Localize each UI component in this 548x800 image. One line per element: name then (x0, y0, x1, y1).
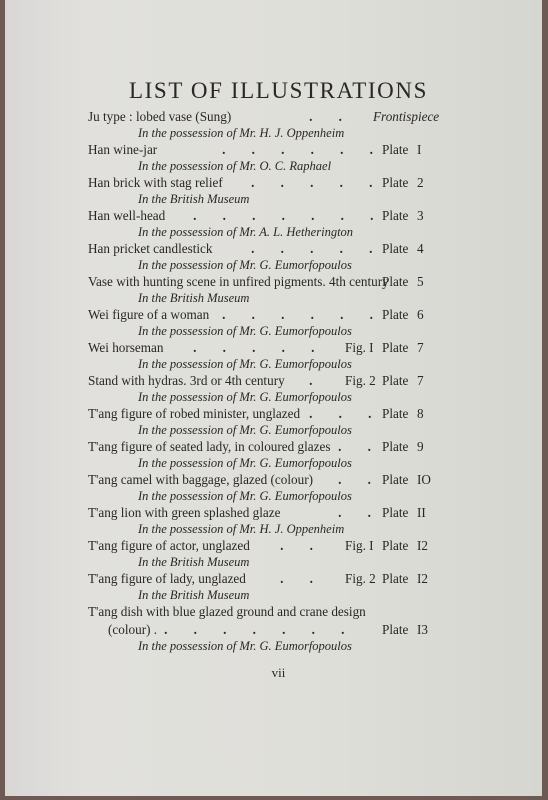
list-item: T'ang figure of lady, unglazed .. Fig. 2… (5, 570, 542, 603)
entry-line: T'ang dish with blue glazed ground and c… (5, 603, 542, 621)
leader-dot: . (210, 621, 240, 639)
list-item: Vase with hunting scene in unfired pigme… (5, 273, 542, 306)
leader-dot: . (355, 504, 385, 522)
entry-figure: Fig. 2 (345, 570, 376, 588)
entry-owner: In the possession of Mr. G. Eumorfopoulo… (5, 639, 542, 654)
entry-description: Han wine-jar (88, 141, 157, 159)
entry-plate-number: IO (417, 471, 431, 489)
entry-description: Ju type : lobed vase (Sung) (88, 108, 231, 126)
dot-leaders: ....... (151, 621, 358, 639)
leader-dot: . (297, 240, 327, 258)
page-title: LIST OF ILLUSTRATIONS (5, 78, 542, 104)
leader-dot: . (327, 174, 357, 192)
leader-dot: . (299, 621, 329, 639)
entry-owner: In the British Museum (5, 588, 542, 603)
list-item: Han brick with stag relief ..... Plate 2… (5, 174, 542, 207)
list-item: T'ang figure of seated lady, in coloured… (5, 438, 542, 471)
entry-plate-label: Plate (382, 405, 408, 423)
entry-plate-number: 7 (417, 372, 424, 390)
entry-plate-label: Plate (382, 570, 408, 588)
entry-plate-label: Plate (382, 372, 408, 390)
leader-dot: . (296, 405, 326, 423)
entry-description: T'ang figure of seated lady, in coloured… (88, 438, 330, 456)
entry-plate-number: 7 (417, 339, 424, 357)
list-item: T'ang figure of actor, unglazed .. Fig. … (5, 537, 542, 570)
entry-line: Han well-head ....... Plate 3 (5, 207, 542, 225)
dot-leaders: ..... (238, 240, 386, 258)
entry-plate-label: Plate (382, 438, 408, 456)
dot-leaders: . (296, 372, 326, 390)
entry-line: T'ang lion with green splashed glaze .. … (5, 504, 542, 522)
entry-owner: In the possession of Mr. O. C. Raphael (5, 159, 542, 174)
entry-owner: In the possession of Mr. G. Eumorfopoulo… (5, 258, 542, 273)
entry-plate-label: Plate (382, 471, 408, 489)
entry-plate-label: Plate (382, 240, 408, 258)
list-item: Han pricket candlestick ..... Plate 4 In… (5, 240, 542, 273)
entry-plate-label: Plate (382, 306, 408, 324)
list-item: Han wine-jar ...... Plate I In the posse… (5, 141, 542, 174)
entry-line: T'ang figure of actor, unglazed .. Fig. … (5, 537, 542, 555)
entry-owner: In the possession of Mr. G. Eumorfopoulo… (5, 423, 542, 438)
leader-dot: . (209, 306, 239, 324)
leader-dot: . (269, 339, 299, 357)
entry-line: Han brick with stag relief ..... Plate 2 (5, 174, 542, 192)
leader-dot: . (298, 306, 328, 324)
entry-description: T'ang dish with blue glazed ground and c… (88, 603, 366, 621)
list-item: Wei figure of a woman ...... Plate 6 In … (5, 306, 542, 339)
leader-dot: . (328, 207, 358, 225)
entry-plate-number: 6 (417, 306, 424, 324)
leader-dot: . (325, 471, 355, 489)
entry-owner: In the possession of Mr. G. Eumorfopoulo… (5, 390, 542, 405)
entry-description: Han pricket candlestick (88, 240, 213, 258)
entry-plate-number: I2 (417, 570, 428, 588)
entry-owner: In the possession of Mr. H. J. Oppenheim (5, 522, 542, 537)
entry-plate-label: Plate (382, 174, 408, 192)
entry-description: Wei figure of a woman (88, 306, 209, 324)
entry-figure: Fig. I (345, 339, 374, 357)
leader-dot: . (267, 537, 297, 555)
leader-dot: . (180, 339, 210, 357)
leader-dot: . (151, 621, 181, 639)
book-page: LIST OF ILLUSTRATIONS Ju type : lobed va… (5, 0, 542, 796)
entry-line: Stand with hydras. 3rd or 4th century . … (5, 372, 542, 390)
leader-dot: . (268, 240, 298, 258)
leader-dot: . (209, 141, 239, 159)
leader-dot: . (355, 405, 385, 423)
entry-description: T'ang figure of actor, unglazed (88, 537, 250, 555)
leader-dot: . (327, 306, 357, 324)
page-number: vii (5, 665, 542, 681)
leader-dot: . (267, 570, 297, 588)
leader-dot: . (239, 207, 269, 225)
entry-owner: In the British Museum (5, 192, 542, 207)
leader-dot: . (355, 438, 385, 456)
entry-description: Wei horseman (88, 339, 163, 357)
entry-line: Han wine-jar ...... Plate I (5, 141, 542, 159)
entry-plate-label: Plate (382, 504, 408, 522)
dot-leaders: .. (325, 471, 384, 489)
entry-plate-number: 4 (417, 240, 424, 258)
leader-dot: . (238, 174, 268, 192)
leader-dot: . (210, 207, 240, 225)
entry-description: Vase with hunting scene in unfired pigme… (88, 273, 389, 291)
leader-dot: . (325, 504, 355, 522)
entry-line-continuation: (colour) ........PlateI3 (5, 621, 542, 639)
entry-plate-label: Plate (382, 537, 408, 555)
list-item: Han well-head ....... Plate 3 In the pos… (5, 207, 542, 240)
entry-plate-label: Plate (382, 207, 408, 225)
entry-line: T'ang figure of seated lady, in coloured… (5, 438, 542, 456)
entry-line: T'ang camel with baggage, glazed (colour… (5, 471, 542, 489)
entry-plate-label: Plate (382, 141, 408, 159)
dot-leaders: .. (267, 537, 326, 555)
entry-plate-number: 2 (417, 174, 424, 192)
dot-leaders: ... (296, 405, 385, 423)
leader-dot: . (269, 621, 299, 639)
entry-plate-label: Plate (382, 273, 408, 291)
leader-dot: . (180, 207, 210, 225)
leader-dot: . (181, 621, 211, 639)
entry-plate-number: II (417, 504, 426, 522)
leader-dot: . (327, 240, 357, 258)
entry-owner: In the British Museum (5, 291, 542, 306)
entry-description: Han well-head (88, 207, 165, 225)
entry-plate-number: 9 (417, 438, 424, 456)
entry-line: Vase with hunting scene in unfired pigme… (5, 273, 542, 291)
entry-description: T'ang figure of robed minister, unglazed (88, 405, 300, 423)
leader-dot: . (297, 537, 327, 555)
leader-dot: . (298, 207, 328, 225)
list-item: T'ang lion with green splashed glaze .. … (5, 504, 542, 537)
entry-description: T'ang figure of lady, unglazed (88, 570, 246, 588)
list-item: Ju type : lobed vase (Sung) .. Frontispi… (5, 108, 542, 141)
list-item: Wei horseman ..... Fig. I Plate 7 In the… (5, 339, 542, 372)
entry-figure: Fig. I (345, 537, 374, 555)
leader-dot: . (238, 240, 268, 258)
entry-line: Ju type : lobed vase (Sung) .. Frontispi… (5, 108, 542, 126)
dot-leaders: .. (267, 570, 326, 588)
leader-dot: . (239, 339, 269, 357)
leader-dot: . (210, 339, 240, 357)
entry-line: Han pricket candlestick ..... Plate 4 (5, 240, 542, 258)
entry-owner: In the possession of Mr. G. Eumorfopoulo… (5, 357, 542, 372)
entry-line: T'ang figure of robed minister, unglazed… (5, 405, 542, 423)
leader-dot: . (327, 141, 357, 159)
leader-dot: . (326, 108, 356, 126)
leader-dot: . (268, 174, 298, 192)
entry-owner: In the possession of Mr. G. Eumorfopoulo… (5, 324, 542, 339)
dot-leaders: ..... (238, 174, 386, 192)
entry-plate-number: 3 (417, 207, 424, 225)
entry-owner: In the possession of Mr. G. Eumorfopoulo… (5, 456, 542, 471)
leader-dot: . (298, 141, 328, 159)
leader-dot: . (355, 471, 385, 489)
entry-plate-label: Plate (382, 621, 408, 639)
leader-dot: . (296, 108, 326, 126)
leader-dot: . (296, 372, 326, 390)
entry-line: T'ang figure of lady, unglazed .. Fig. 2… (5, 570, 542, 588)
leader-dot: . (268, 141, 298, 159)
list-item: T'ang figure of robed minister, unglazed… (5, 405, 542, 438)
list-item: T'ang dish with blue glazed ground and c… (5, 603, 542, 654)
entry-plate-number: 8 (417, 405, 424, 423)
entry-owner: In the possession of Mr. A. L. Hethering… (5, 225, 542, 240)
entry-owner: In the possession of Mr. G. Eumorfopoulo… (5, 489, 542, 504)
dot-leaders: .. (325, 504, 384, 522)
dot-leaders: ...... (209, 306, 386, 324)
dot-leaders: ..... (180, 339, 328, 357)
leader-dot: . (239, 306, 269, 324)
dot-leaders: .. (296, 108, 355, 126)
entry-figure: Fig. 2 (345, 372, 376, 390)
entry-description: T'ang camel with baggage, glazed (colour… (88, 471, 313, 489)
entry-owner: In the possession of Mr. H. J. Oppenheim (5, 126, 542, 141)
entry-plate-label: Plate (382, 339, 408, 357)
leader-dot: . (328, 621, 358, 639)
entry-reference: Frontispiece (373, 108, 439, 126)
leader-dot: . (268, 306, 298, 324)
dot-leaders: .. (325, 438, 384, 456)
leader-dot: . (298, 339, 328, 357)
entry-line: Wei horseman ..... Fig. I Plate 7 (5, 339, 542, 357)
entry-owner: In the British Museum (5, 555, 542, 570)
entry-plate-number: I (417, 141, 421, 159)
list-item: Stand with hydras. 3rd or 4th century . … (5, 372, 542, 405)
leader-dot: . (297, 570, 327, 588)
entry-plate-number: I3 (417, 621, 428, 639)
entry-description: Han brick with stag relief (88, 174, 223, 192)
dot-leaders: ....... (180, 207, 387, 225)
entry-description-continuation: (colour) . (108, 621, 157, 639)
entry-description: Stand with hydras. 3rd or 4th century (88, 372, 285, 390)
leader-dot: . (326, 405, 356, 423)
entry-plate-number: 5 (417, 273, 424, 291)
leader-dot: . (239, 141, 269, 159)
dot-leaders: ...... (209, 141, 386, 159)
leader-dot: . (240, 621, 270, 639)
entry-description: T'ang lion with green splashed glaze (88, 504, 280, 522)
list-item: T'ang camel with baggage, glazed (colour… (5, 471, 542, 504)
leader-dot: . (297, 174, 327, 192)
illustration-list: Ju type : lobed vase (Sung) .. Frontispi… (5, 108, 542, 654)
leader-dot: . (269, 207, 299, 225)
entry-line: Wei figure of a woman ...... Plate 6 (5, 306, 542, 324)
leader-dot: . (325, 438, 355, 456)
entry-plate-number: I2 (417, 537, 428, 555)
